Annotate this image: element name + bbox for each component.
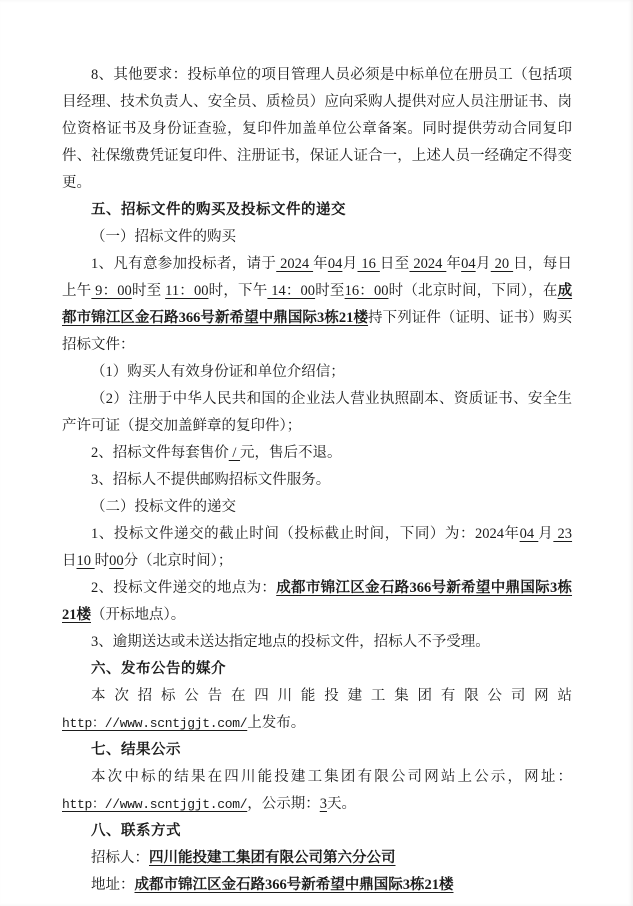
text-run: 本次中标的结果在四川能投建工集团有限公司网站上公示，网址： [91, 769, 572, 785]
text-run: http：//www.scntjgjt.com/ [62, 716, 247, 731]
text-run: 8、其他要求：投标单位的项目管理人员必须是中标单位在册员工（包括项目经理、技术负… [62, 67, 572, 191]
text-run: 五、招标文件的购买及投标文件的递交 [91, 202, 346, 218]
text-run: 1、投标文件递交的截止时间（投标截止时间，下同）为：2024年 [91, 526, 520, 542]
document-page: 8、其他要求：投标单位的项目管理人员必须是中标单位在册员工（包括项目经理、技术负… [0, 0, 633, 906]
text-run: 月 [538, 526, 553, 542]
paragraph: 3、招标人不提供邮购招标文件服务。 [62, 467, 572, 494]
paragraph: 2、投标文件递交的地点为：成都市锦江区金石路366号新希望中鼎国际3栋21楼（开… [62, 575, 572, 629]
text-run: 3、逾期送达或未送达指定地点的投标文件，招标人不予受理。 [91, 634, 490, 650]
text-run: 04 [461, 256, 476, 272]
paragraph: （1）购买人有效身份证和单位介绍信； [62, 359, 572, 386]
text-run: ，公示期： [247, 796, 320, 812]
text-run: 2、招标文件每套售价 [91, 445, 229, 461]
paragraph: 本次中标的结果在四川能投建工集团有限公司网站上公示，网址：http：//www.… [62, 764, 572, 818]
paragraph: 2、招标文件每套售价 / 元，售后不退。 [62, 440, 572, 467]
text-run: 上发布。 [247, 715, 305, 731]
text-run: 9：00 [91, 283, 131, 299]
text-run: 四川能投建工集团有限公司第六分公司 [149, 850, 396, 866]
text-run: 元，售后不退。 [240, 445, 342, 461]
section-heading: 八、联系方式 [62, 818, 572, 845]
paragraph: （一）招标文件的购买 [62, 224, 572, 251]
text-run: 时至 [315, 283, 345, 299]
text-run: 月 [342, 256, 357, 272]
document-body: 8、其他要求：投标单位的项目管理人员必须是中标单位在册员工（包括项目经理、技术负… [62, 62, 572, 899]
text-run: 时（北京时间，下同），在 [388, 283, 557, 299]
text-run: 10 [77, 553, 95, 569]
paragraph: 招标人：四川能投建工集团有限公司第六分公司 [62, 845, 572, 872]
text-run: 20 [491, 256, 513, 272]
section-heading: 五、招标文件的购买及投标文件的递交 [62, 197, 572, 224]
text-run: 16：00 [345, 283, 389, 299]
paragraph: （二）投标文件的递交 [62, 494, 572, 521]
section-heading: 六、发布公告的媒介 [62, 656, 572, 683]
text-run: 日至 [380, 256, 410, 272]
section-heading: 七、结果公示 [62, 737, 572, 764]
text-run: http：//www.scntjgjt.com/ [62, 797, 247, 812]
text-run: 天。 [327, 796, 356, 812]
text-run: 八、联系方式 [91, 823, 181, 839]
text-run: （1）购买人有效身份证和单位介绍信； [91, 364, 345, 380]
text-run: 时 [95, 553, 110, 569]
text-run: 1、凡有意参加投标者，请于 [91, 256, 276, 272]
text-run: 04 [328, 256, 343, 272]
text-run: 11：00 [165, 283, 208, 299]
text-run: （开标地点）。 [91, 607, 185, 623]
text-run: 地址： [91, 877, 135, 893]
text-run: 分（北京时间）； [124, 553, 233, 569]
text-run: 时，下午 [208, 283, 267, 299]
paragraph: 地址：成都市锦江区金石路366号新希望中鼎国际3栋21楼 [62, 872, 572, 899]
text-run: 3 [320, 796, 327, 812]
text-run: 月 [476, 256, 491, 272]
text-run: 六、发布公告的媒介 [91, 661, 226, 677]
paragraph: 8、其他要求：投标单位的项目管理人员必须是中标单位在册员工（包括项目经理、技术负… [62, 62, 572, 197]
paragraph: 1、投标文件递交的截止时间（投标截止时间，下同）为：2024年04 月 23 日… [62, 521, 572, 575]
text-run: （二）投标文件的递交 [91, 499, 236, 515]
text-run: 时至 [132, 283, 165, 299]
paragraph: 1、凡有意参加投标者，请于 2024 年04月 16 日至 2024 年04月 … [62, 251, 572, 359]
text-run: 3、招标人不提供邮购招标文件服务。 [91, 472, 330, 488]
paragraph: （2）注册于中华人民共和国的企业法人营业执照副本、资质证书、安全生产许可证（提交… [62, 386, 572, 440]
text-run: （一）招标文件的购买 [91, 229, 236, 245]
text-run: 04 [520, 526, 539, 542]
text-run: 成都市锦江区金石路366号新希望中鼎国际3栋21楼 [135, 877, 454, 893]
text-run: 日 [62, 553, 77, 569]
text-run: （2）注册于中华人民共和国的企业法人营业执照副本、资质证书、安全生产许可证（提交… [62, 391, 572, 434]
text-run: 00 [109, 553, 124, 569]
text-run: 2024 [276, 256, 313, 272]
text-run: 七、结果公示 [91, 742, 181, 758]
text-run: 16 [358, 256, 380, 272]
paragraph: 本次招标公告在四川能投建工集团有限公司网站http：//www.scntjgjt… [62, 683, 572, 737]
text-run: 14：00 [267, 283, 315, 299]
text-run: 2024 [409, 256, 446, 272]
text-run: 招标人： [91, 850, 149, 866]
text-run: 2、投标文件递交的地点为： [91, 580, 276, 596]
paragraph: 3、逾期送达或未送达指定地点的投标文件，招标人不予受理。 [62, 629, 572, 656]
text-run: 年 [446, 256, 461, 272]
text-run: / [229, 445, 240, 461]
text-run: 本次招标公告在四川能投建工集团有限公司网站 [91, 688, 572, 704]
text-run: 23 [553, 526, 572, 542]
text-run: 年 [313, 256, 328, 272]
